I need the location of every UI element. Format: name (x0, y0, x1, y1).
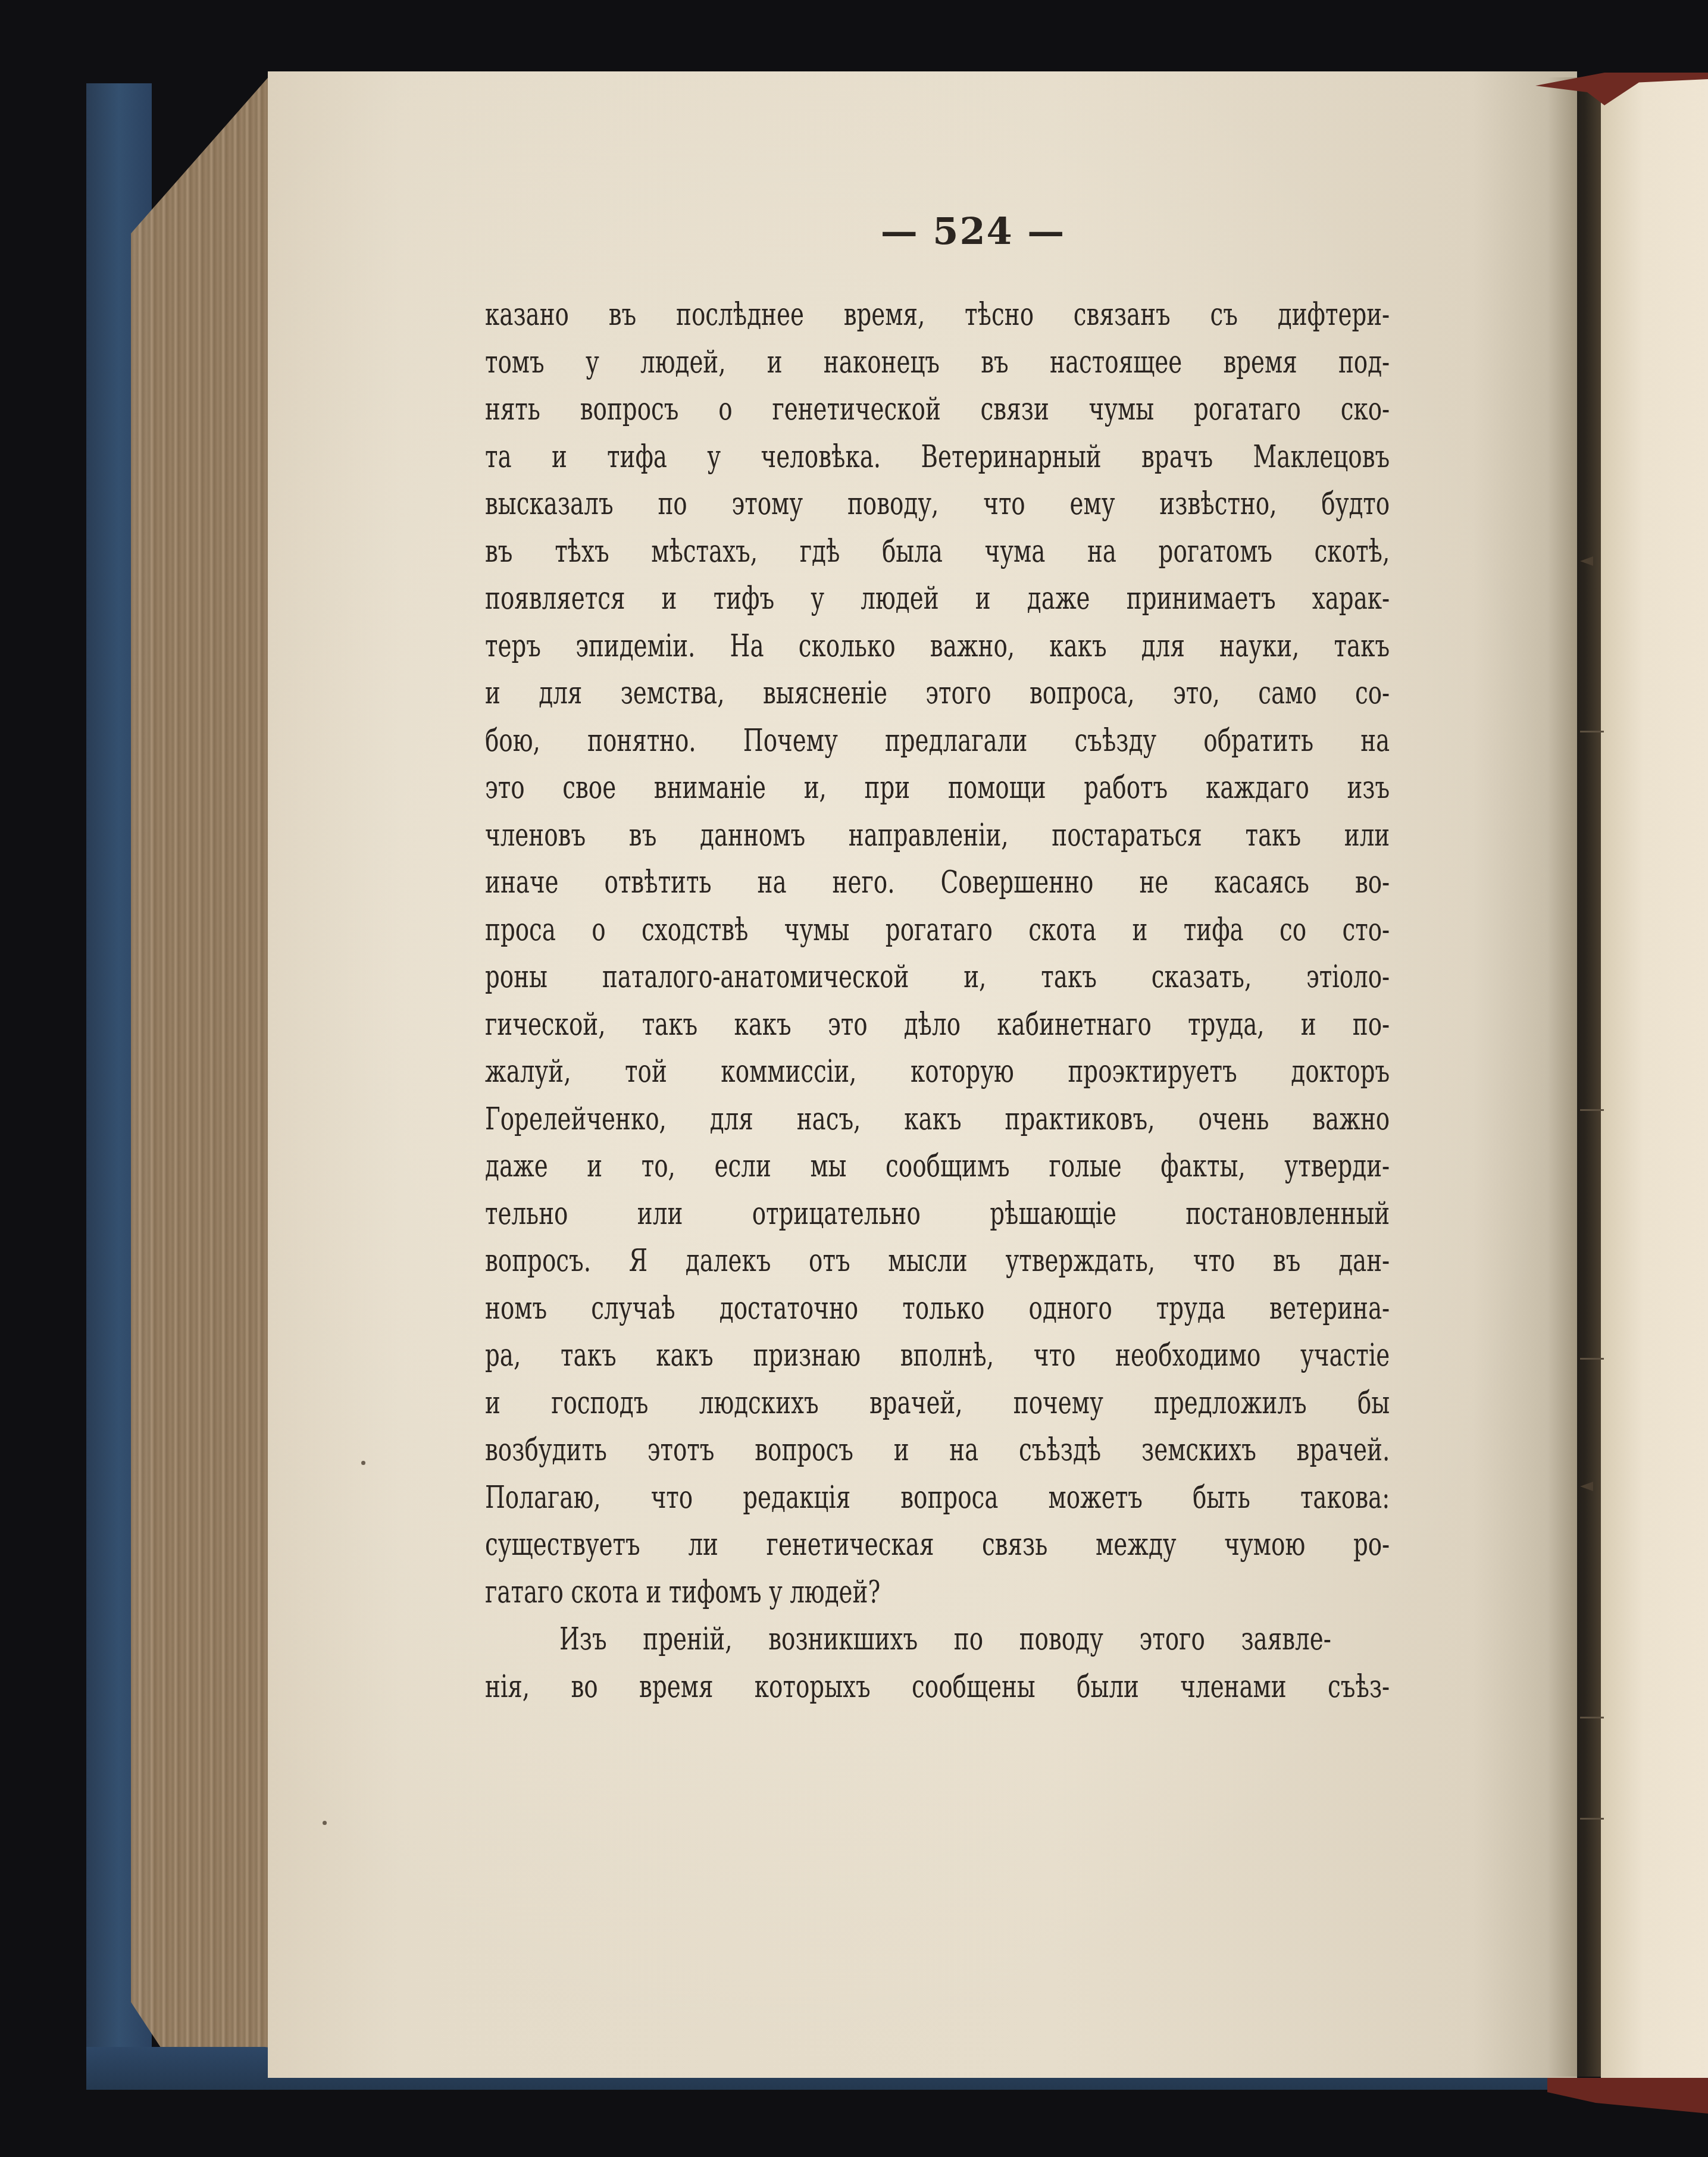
text-line: гатаго скота и тифомъ у людей? (485, 1569, 1390, 1617)
text-line: гической, такъ какъ это дѣло кабинетнаго… (485, 1001, 1390, 1049)
text-line: Горелейченко, для насъ, какъ практиковъ,… (485, 1096, 1390, 1144)
paragraph: казано въ послѣднее время, тѣсно связанъ… (485, 292, 1390, 1616)
page-edge-arrow-mark (1580, 1482, 1593, 1491)
text-line: членовъ въ данномъ направленіи, постарат… (485, 812, 1390, 860)
page-edge-tick-mark (1580, 1109, 1604, 1111)
text-line: роны паталого-анатомической и, такъ сказ… (485, 954, 1390, 1001)
page-edge-tick-mark (1580, 731, 1604, 732)
text-line: жалуй, той коммиссіи, которую проэктируе… (485, 1048, 1390, 1096)
paragraph: Изъ преній, возникшихъ по поводу этого з… (485, 1616, 1390, 1711)
text-line: нія, во время которыхъ сообщены были чле… (485, 1664, 1390, 1711)
text-line: возбудить этотъ вопросъ и на съѣздѣ земс… (485, 1427, 1390, 1474)
text-line: Полагаю, что редакція вопроса можетъ быт… (485, 1474, 1390, 1522)
page-number: — 524 — (0, 209, 1708, 253)
text-line: въ тѣхъ мѣстахъ, гдѣ была чума на рогато… (485, 528, 1390, 576)
text-line: ра, такъ какъ признаю вполнѣ, что необхо… (485, 1332, 1390, 1380)
text-line: та и тифа у человѣка. Ветеринарный врачъ… (485, 434, 1390, 481)
page-edge-tick-mark (1580, 1818, 1604, 1820)
text-line: даже и то, если мы сообщимъ голые факты,… (485, 1143, 1390, 1191)
facing-page-edge (1601, 74, 1708, 2080)
text-line: казано въ послѣднее время, тѣсно связанъ… (485, 292, 1390, 339)
paper-speck (323, 1821, 327, 1825)
book-gutter-shadow (1547, 77, 1601, 2077)
text-line: томъ у людей, и наконецъ въ настоящее вр… (485, 339, 1390, 387)
text-line: вопросъ. Я далекъ отъ мысли утверждать, … (485, 1238, 1390, 1285)
text-line: тельно или отрицательно рѣшающіе постано… (485, 1191, 1390, 1238)
text-line: нять вопросъ о генетической связи чумы р… (485, 386, 1390, 434)
text-line: появляется и тифъ у людей и даже принима… (485, 575, 1390, 623)
text-line: теръ эпидеміи. На сколько важно, какъ дл… (485, 623, 1390, 671)
page-edge-tick-mark (1580, 1358, 1604, 1360)
text-line: бою, понятно. Почему предлагали съѣзду о… (485, 718, 1390, 765)
page-block-edges (131, 74, 271, 2062)
text-line: номъ случаѣ достаточно только одного тру… (485, 1285, 1390, 1333)
text-line: высказалъ по этому поводу, что ему извѣс… (485, 481, 1390, 528)
page-edge-arrow-mark (1580, 556, 1593, 566)
right-book-cover-bottom (1547, 2078, 1708, 2114)
text-line: проса о сходствѣ чумы рогатаго скота и т… (485, 907, 1390, 954)
text-line: существуетъ ли генетическая связь между … (485, 1522, 1390, 1569)
paper-speck (361, 1461, 365, 1465)
text-line: иначе отвѣтить на него. Совершенно не ка… (485, 859, 1390, 907)
text-line: Изъ преній, возникшихъ по поводу этого з… (485, 1616, 1390, 1664)
text-line: и господъ людскихъ врачей, почему предло… (485, 1380, 1390, 1427)
text-line: это свое вниманіе и, при помощи работъ к… (485, 765, 1390, 812)
page-edge-tick-mark (1580, 1717, 1604, 1718)
body-text: казано въ послѣднее время, тѣсно связанъ… (485, 292, 1390, 1711)
text-line: и для земства, выясненіе этого вопроса, … (485, 670, 1390, 718)
